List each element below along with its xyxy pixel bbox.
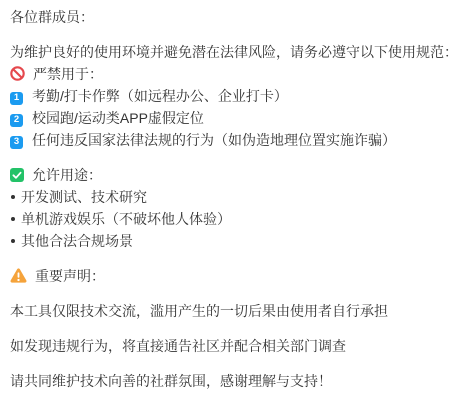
- allowed-heading: 允许用途：: [10, 164, 463, 186]
- allowed-item-2-text: 单机游戏娱乐（不破坏他人体验）: [21, 211, 231, 227]
- prohibited-section: 为维护良好的使用环境并避免潜在法律风险，请务必遵守以下使用规范： 严禁用于： 1…: [10, 41, 463, 151]
- notice-heading: 重要声明：: [10, 265, 463, 287]
- notice-paragraph-3: 请共同维护技术向善的社群氛围，感谢理解与支持！: [10, 370, 463, 392]
- allowed-item-3: 其他合法合规场景: [10, 230, 463, 252]
- check-icon: [10, 168, 24, 182]
- number-badge-1: 1: [10, 92, 23, 105]
- greeting-line: 各位群成员：: [10, 6, 463, 28]
- prohibited-title: 严禁用于：: [33, 66, 103, 82]
- allowed-title: 允许用途：: [32, 167, 102, 183]
- bullet-icon: [11, 239, 15, 243]
- bullet-icon: [11, 195, 15, 199]
- prohibited-item-2-text: 校园跑/运动类APP虚假定位: [32, 110, 204, 126]
- notice-section: 重要声明：: [10, 265, 463, 287]
- bullet-icon: [11, 217, 15, 221]
- no-entry-icon: [10, 66, 25, 81]
- prohibited-heading: 严禁用于：: [10, 63, 463, 85]
- prohibited-item-3: 3任何违反国家法律法规的行为（如伪造地理位置实施诈骗）: [10, 129, 463, 151]
- allowed-item-1-text: 开发测试、技术研究: [21, 189, 147, 205]
- prohibited-item-1-text: 考勤/打卡作弊（如远程办公、企业打卡）: [32, 88, 288, 104]
- allowed-item-3-text: 其他合法合规场景: [21, 233, 133, 249]
- prohibited-item-3-text: 任何违反国家法律法规的行为（如伪造地理位置实施诈骗）: [32, 132, 396, 148]
- allowed-item-1: 开发测试、技术研究: [10, 186, 463, 208]
- warning-icon: [10, 268, 27, 283]
- allowed-item-2: 单机游戏娱乐（不破坏他人体验）: [10, 208, 463, 230]
- notice-title: 重要声明：: [35, 268, 105, 284]
- notice-paragraph-2: 如发现违规行为，将直接通告社区并配合相关部门调查: [10, 335, 463, 357]
- prohibited-item-1: 1考勤/打卡作弊（如远程办公、企业打卡）: [10, 85, 463, 107]
- prohibited-item-2: 2校园跑/运动类APP虚假定位: [10, 107, 463, 129]
- notice-paragraph-1: 本工具仅限技术交流，滥用产生的一切后果由使用者自行承担: [10, 300, 463, 322]
- allowed-section: 允许用途： 开发测试、技术研究 单机游戏娱乐（不破坏他人体验） 其他合法合规场景: [10, 164, 463, 252]
- intro-line: 为维护良好的使用环境并避免潜在法律风险，请务必遵守以下使用规范：: [10, 41, 463, 63]
- number-badge-3: 3: [10, 136, 23, 149]
- announcement-document: 各位群成员： 为维护良好的使用环境并避免潜在法律风险，请务必遵守以下使用规范： …: [0, 0, 471, 392]
- number-badge-2: 2: [10, 114, 23, 127]
